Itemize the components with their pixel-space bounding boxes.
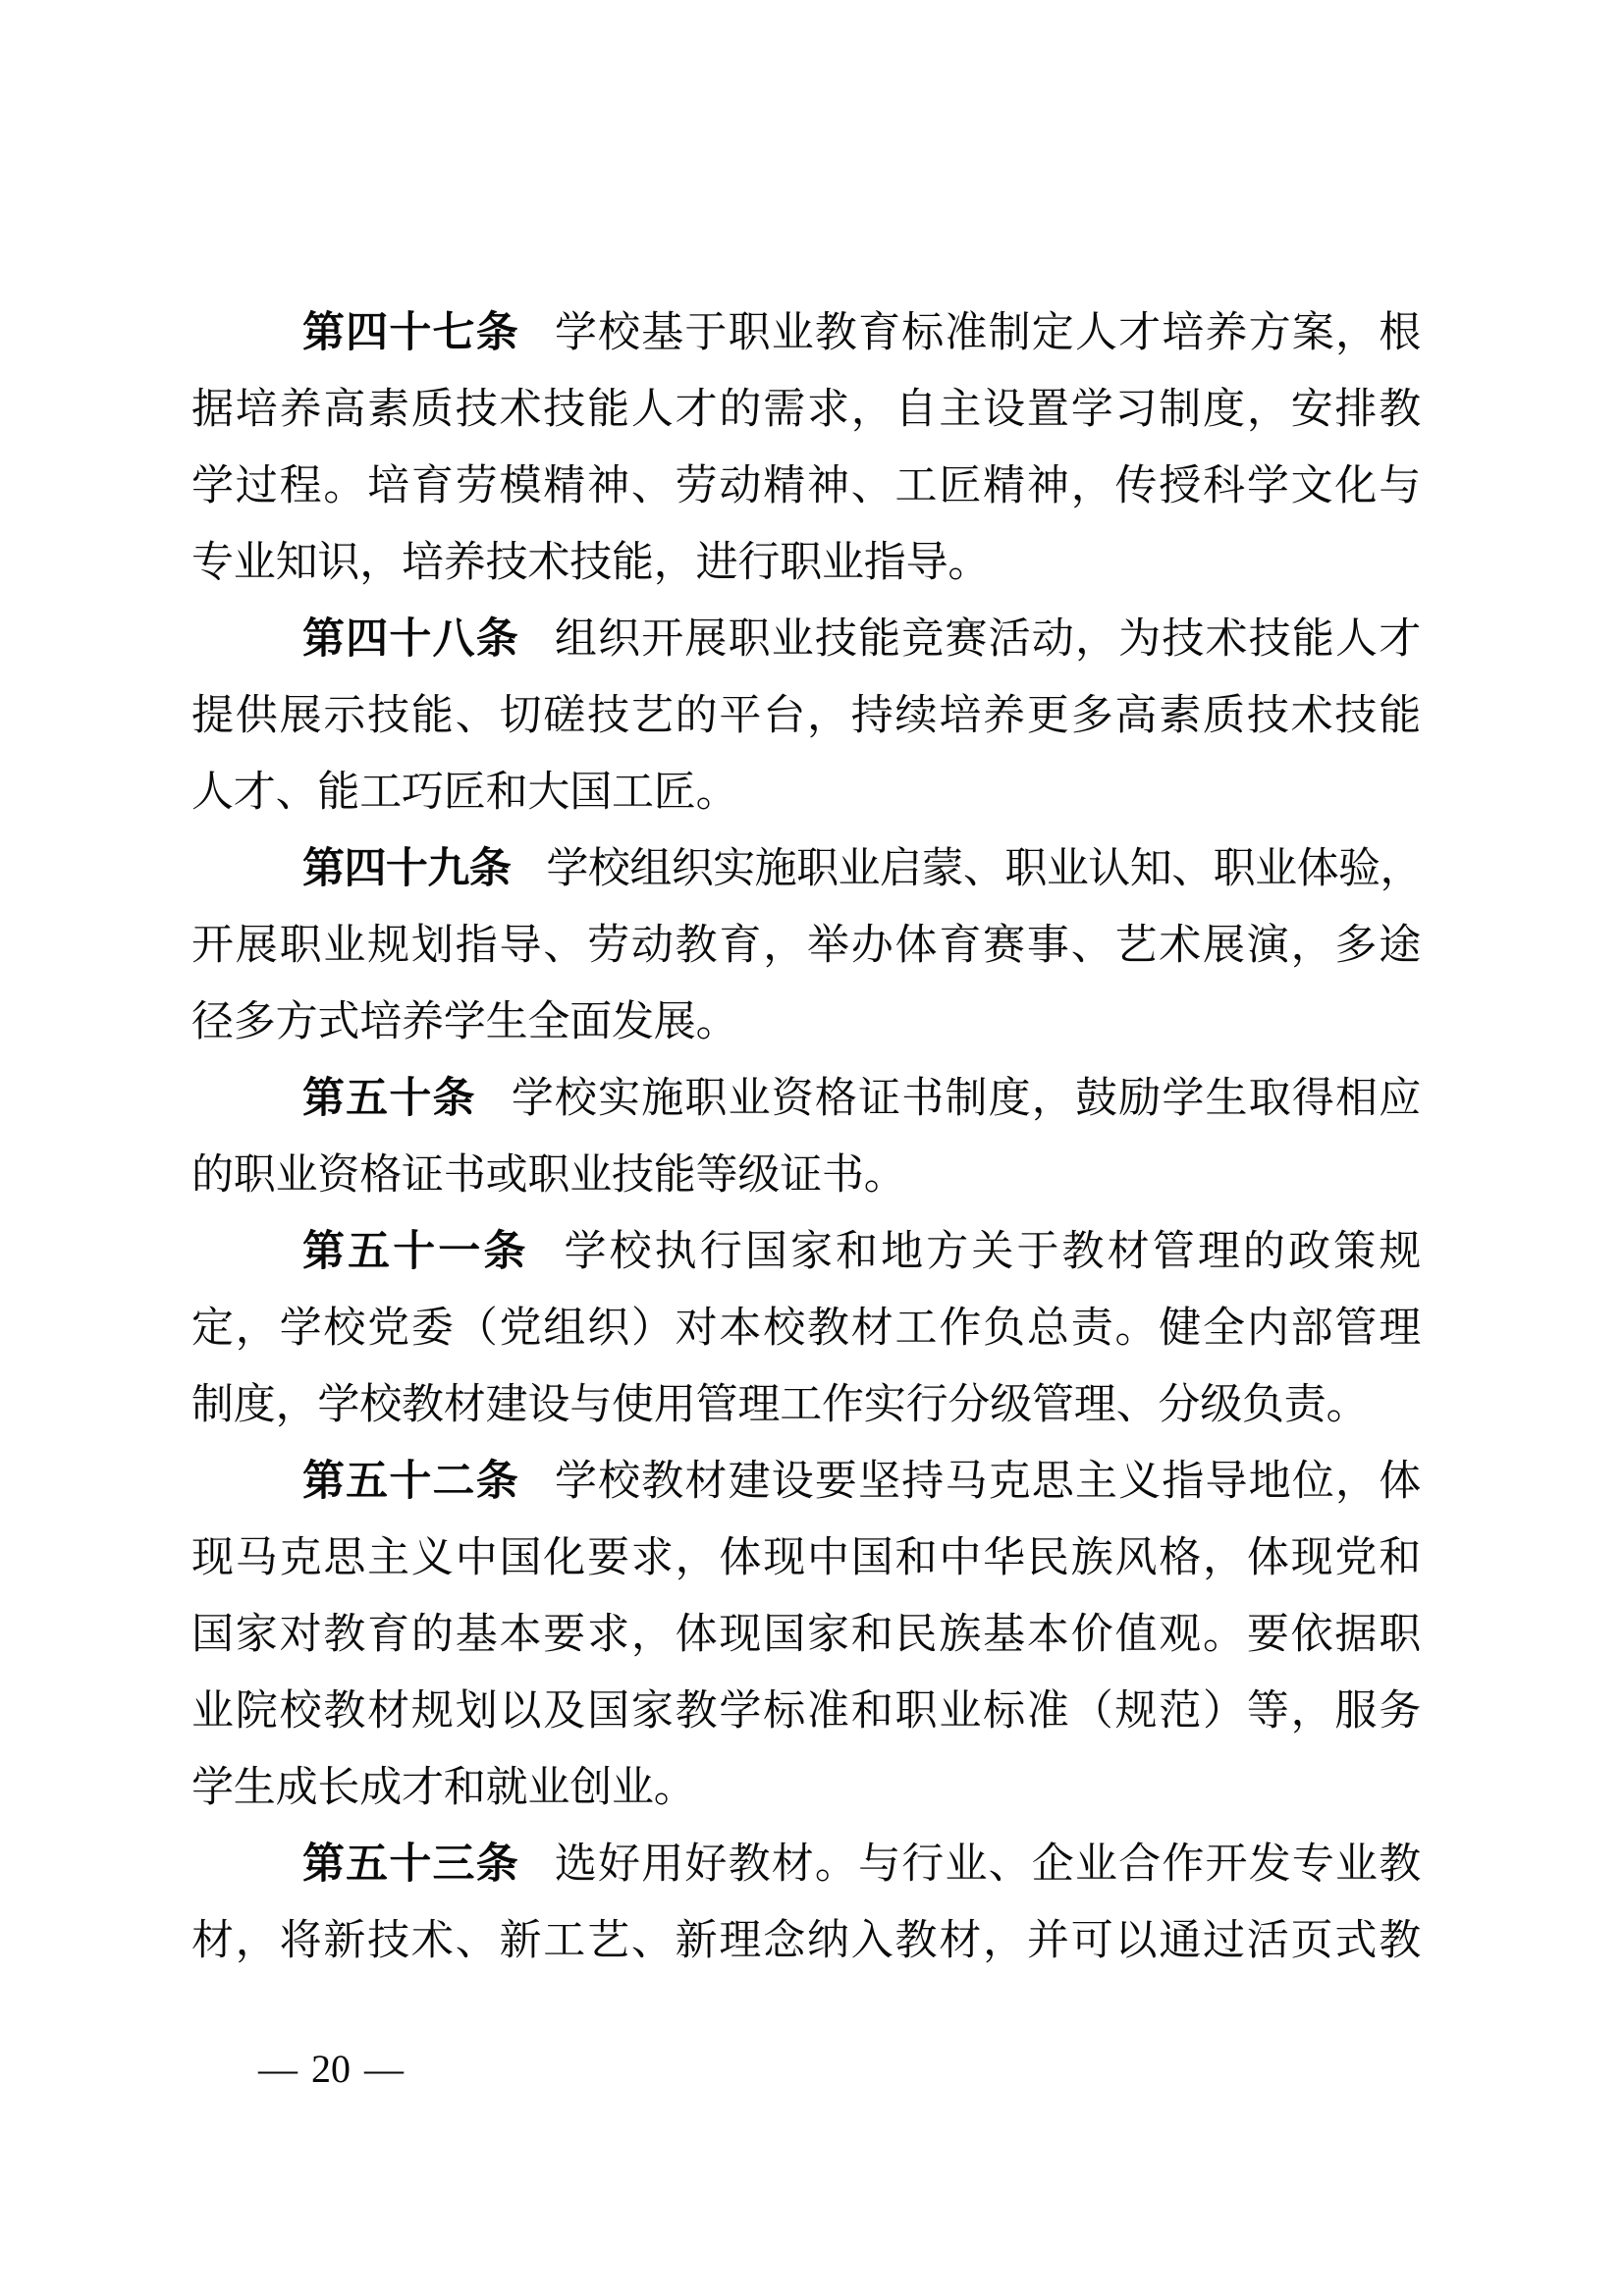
article-number: 第五十一条: [302, 1229, 528, 1275]
document-line: 的职业资格证书或职业技能等级证书。: [191, 1138, 1421, 1214]
article-first-line: 第四十九条学校组织实施职业启蒙、职业认知、职业体验，: [191, 831, 1421, 908]
article-first-line-text: 学校基于职业教育标准制定人才培养方案，根: [555, 310, 1421, 356]
article-first-line-text: 学校组织实施职业启蒙、职业认知、职业体验，: [546, 846, 1421, 892]
text-block: 第四十七条学校基于职业教育标准制定人才培养方案，根据培养高素质技术技能人才的需求…: [191, 295, 1421, 1980]
article-first-line: 第五十条学校实施职业资格证书制度，鼓励学生取得相应: [191, 1061, 1421, 1138]
article-paragraph: 第四十九条学校组织实施职业启蒙、职业认知、职业体验，开展职业规划指导、劳动教育，…: [191, 831, 1421, 1061]
document-line: 现马克思主义中国化要求，体现中国和中华民族风格，体现党和: [191, 1521, 1421, 1597]
article-paragraph: 第五十一条学校执行国家和地方关于教材管理的政策规定，学校党委（党组织）对本校教材…: [191, 1214, 1421, 1444]
document-line: 学生成长成才和就业创业。: [191, 1750, 1421, 1827]
article-first-line: 第五十一条学校执行国家和地方关于教材管理的政策规: [191, 1214, 1421, 1291]
document-line: 材，将新技术、新工艺、新理念纳入教材，并可以通过活页式教: [191, 1903, 1421, 1980]
article-first-line-text: 选好用好教材。与行业、企业合作开发专业教: [555, 1842, 1421, 1888]
article-number: 第五十二条: [302, 1459, 519, 1505]
article-number: 第五十条: [302, 1076, 476, 1122]
document-line: 提供展示技能、切磋技艺的平台，持续培养更多高素质技术技能: [191, 678, 1421, 755]
document-line: 开展职业规划指导、劳动教育，举办体育赛事、艺术展演，多途: [191, 908, 1421, 985]
article-number: 第四十七条: [302, 310, 519, 356]
footer-dash-left: —: [258, 2048, 298, 2091]
article-first-line-text: 组织开展职业技能竞赛活动，为技术技能人才: [555, 616, 1421, 663]
document-line: 径多方式培养学生全面发展。: [191, 985, 1421, 1061]
document-line: 定，学校党委（党组织）对本校教材工作负总责。健全内部管理: [191, 1291, 1421, 1367]
article-paragraph: 第四十八条组织开展职业技能竞赛活动，为技术技能人才提供展示技能、切磋技艺的平台，…: [191, 602, 1421, 831]
article-paragraph: 第五十三条选好用好教材。与行业、企业合作开发专业教材，将新技术、新工艺、新理念纳…: [191, 1827, 1421, 1980]
article-paragraph: 第四十七条学校基于职业教育标准制定人才培养方案，根据培养高素质技术技能人才的需求…: [191, 295, 1421, 602]
footer-dash-right: —: [364, 2048, 404, 2091]
article-first-line: 第四十八条组织开展职业技能竞赛活动，为技术技能人才: [191, 602, 1421, 678]
document-line: 业院校教材规划以及国家教学标准和职业标准（规范）等，服务: [191, 1674, 1421, 1750]
document-line: 学过程。培育劳模精神、劳动精神、工匠精神，传授科学文化与: [191, 449, 1421, 525]
document-line: 国家对教育的基本要求，体现国家和民族基本价值观。要依据职: [191, 1597, 1421, 1674]
document-line: 制度，学校教材建设与使用管理工作实行分级管理、分级负责。: [191, 1367, 1421, 1444]
article-first-line: 第五十三条选好用好教材。与行业、企业合作开发专业教: [191, 1827, 1421, 1903]
document-line: 人才、能工巧匠和大国工匠。: [191, 755, 1421, 831]
document-line: 据培养高素质技术技能人才的需求，自主设置学习制度，安排教: [191, 372, 1421, 449]
article-number: 第四十八条: [302, 616, 519, 663]
article-first-line-text: 学校教材建设要坚持马克思主义指导地位，体: [555, 1459, 1421, 1505]
footer-page-number: 20: [311, 2048, 351, 2091]
article-paragraph: 第五十二条学校教材建设要坚持马克思主义指导地位，体现马克思主义中国化要求，体现中…: [191, 1444, 1421, 1827]
article-paragraph: 第五十条学校实施职业资格证书制度，鼓励学生取得相应的职业资格证书或职业技能等级证…: [191, 1061, 1421, 1214]
article-first-line-text: 学校实施职业资格证书制度，鼓励学生取得相应: [512, 1076, 1421, 1122]
article-first-line: 第四十七条学校基于职业教育标准制定人才培养方案，根: [191, 295, 1421, 372]
article-number: 第四十九条: [302, 846, 511, 892]
article-first-line: 第五十二条学校教材建设要坚持马克思主义指导地位，体: [191, 1444, 1421, 1521]
document-page: 第四十七条学校基于职业教育标准制定人才培养方案，根据培养高素质技术技能人才的需求…: [0, 0, 1624, 2296]
document-line: 专业知识，培养技术技能，进行职业指导。: [191, 525, 1421, 602]
page-number-footer: — 20 —: [258, 2048, 404, 2091]
article-first-line-text: 学校执行国家和地方关于教材管理的政策规: [564, 1229, 1421, 1275]
article-number: 第五十三条: [302, 1842, 519, 1888]
